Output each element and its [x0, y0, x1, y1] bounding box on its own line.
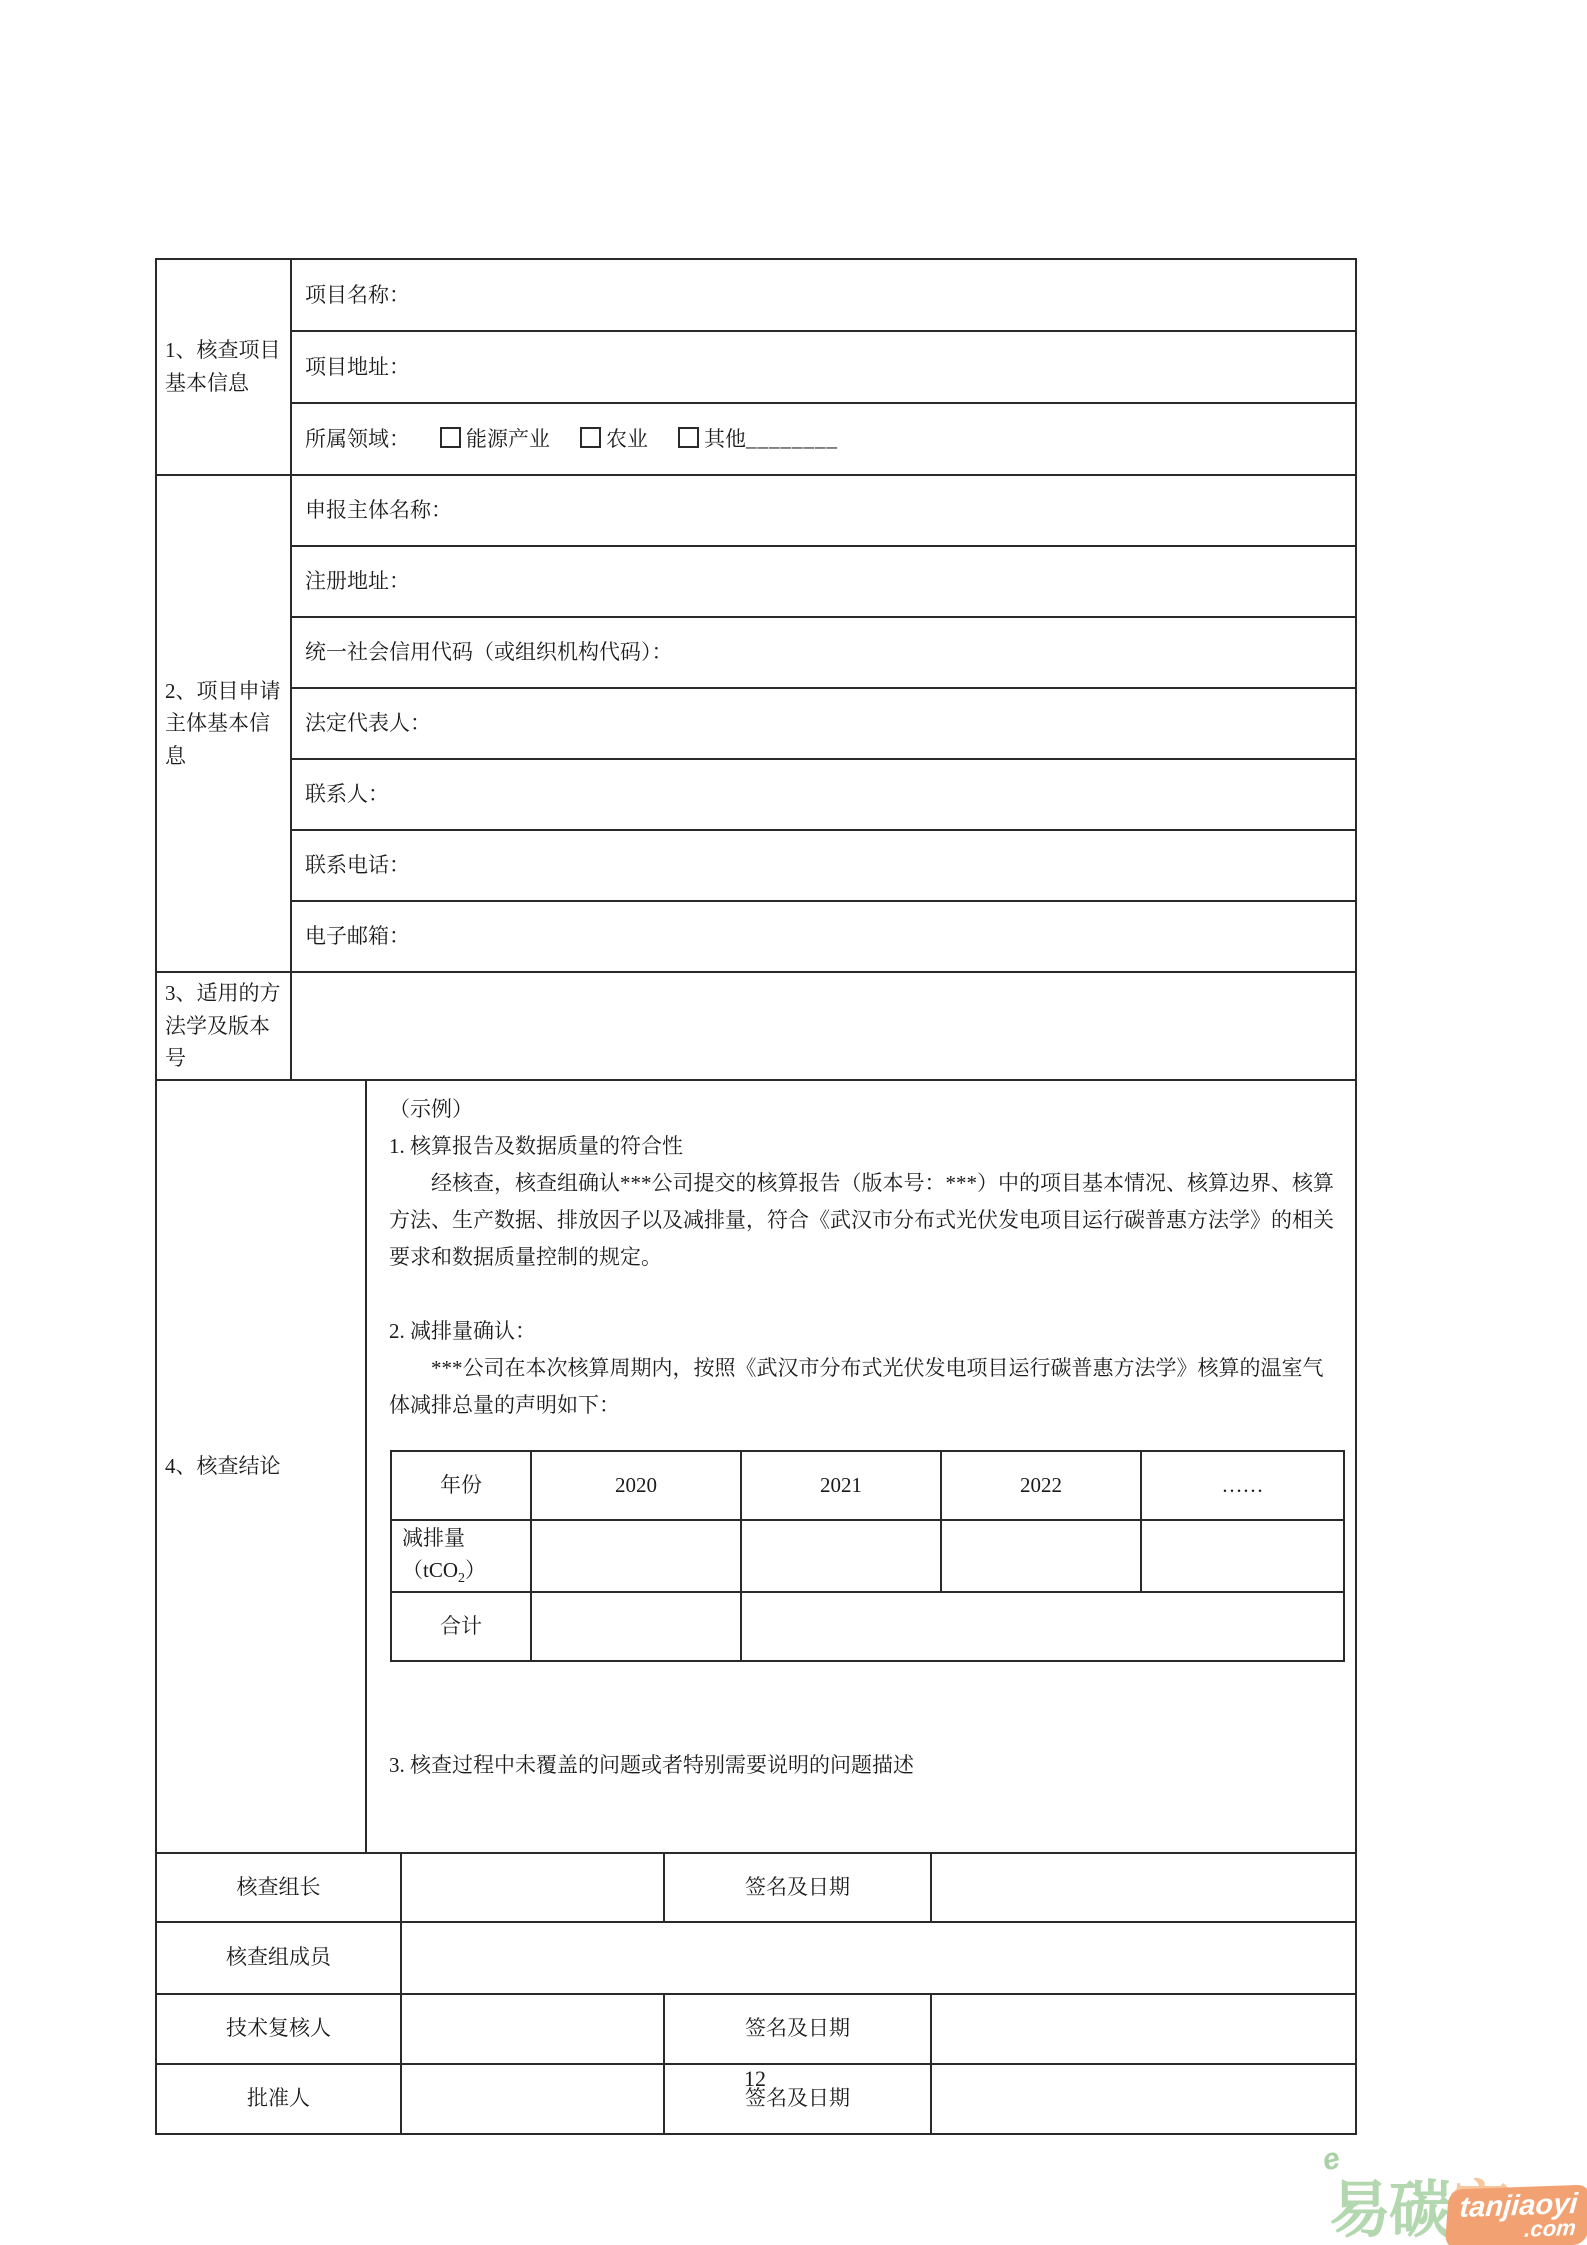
total-blank [531, 1592, 741, 1661]
domain-row-prefix: 所属领域： [305, 427, 410, 451]
team-leader-label: 核查组长 [156, 1853, 401, 1922]
reduction-2022-blank [941, 1520, 1141, 1592]
reduction-2020-blank [531, 1520, 741, 1592]
team-leader-name-blank [401, 1853, 664, 1922]
table-row: 2、项目申请主体基本信息 申报主体名称： [156, 475, 1356, 546]
verification-form: 1、核查项目基本信息 项目名称： 项目地址： 所属领域：能源产业农业其他____… [155, 258, 1355, 2135]
table-row: 电子邮箱： [156, 901, 1356, 972]
checkbox-unchecked-icon[interactable] [678, 427, 699, 448]
checkbox-unchecked-icon[interactable] [440, 427, 461, 448]
team-leader-sign-blank [931, 1853, 1356, 1922]
sign-date-label: 签名及日期 [664, 1994, 931, 2064]
field-email: 电子邮箱： [291, 901, 1356, 972]
field-methodology-value-blank [291, 972, 1356, 1080]
field-project-name: 项目名称： [291, 259, 1356, 331]
table-row: 统一社会信用代码（或组织机构代码）： [156, 617, 1356, 688]
option-agriculture: 农业 [580, 427, 648, 451]
team-members-label: 核查组成员 [156, 1922, 401, 1994]
field-legal-representative: 法定代表人： [291, 688, 1356, 759]
field-registered-address: 注册地址： [291, 546, 1356, 617]
other-blank-line: ________ [746, 427, 838, 451]
reduction-more-blank [1141, 1520, 1344, 1592]
reduction-label-text: ） [465, 1558, 486, 1582]
table-row: 所属领域：能源产业农业其他________ [156, 403, 1356, 475]
tech-reviewer-label: 技术复核人 [156, 1994, 401, 2064]
section2-label: 2、项目申请主体基本信息 [156, 475, 291, 972]
page-number: 12 [155, 2066, 1355, 2092]
watermark-char: 碳 [1389, 2176, 1449, 2245]
field-project-address: 项目地址： [291, 331, 1356, 403]
table-row: 法定代表人： [156, 688, 1356, 759]
table-row: 3、适用的方法学及版本号 [156, 972, 1356, 1080]
emissions-header-more: …… [1141, 1451, 1344, 1520]
item2-body: ***公司在本次核算周期内，按照《武汉市分布式光伏发电项目运行碳普惠方法学》核算… [389, 1350, 1337, 1424]
emissions-header-2020: 2020 [531, 1451, 741, 1520]
table-row: 联系人： [156, 759, 1356, 830]
field-domain-row: 所属领域：能源产业农业其他________ [291, 403, 1356, 475]
conclusion-content: （示例） 1. 核算报告及数据质量的符合性 经核查，核查组确认***公司提交的核… [366, 1080, 1356, 1853]
section1-label: 1、核查项目基本信息 [156, 259, 291, 475]
example-note: （示例） [389, 1091, 1337, 1128]
reduction-label-text: 减排量（tCO [402, 1526, 465, 1583]
total-merged-blank [741, 1592, 1344, 1661]
table-row: 4、核查结论 （示例） 1. 核算报告及数据质量的符合性 经核查，核查组确认**… [156, 1080, 1356, 1853]
option-energy-industry: 能源产业 [440, 427, 550, 451]
option-label: 农业 [606, 427, 648, 451]
table-row: 注册地址： [156, 546, 1356, 617]
form-table-top: 1、核查项目基本信息 项目名称： 项目地址： 所属领域：能源产业农业其他____… [155, 258, 1357, 1081]
field-credit-code: 统一社会信用代码（或组织机构代码）： [291, 617, 1356, 688]
emissions-header-2021: 2021 [741, 1451, 941, 1520]
option-other: 其他________ [678, 427, 838, 451]
checkbox-unchecked-icon[interactable] [580, 427, 601, 448]
table-row: 项目地址： [156, 331, 1356, 403]
emissions-header-year: 年份 [391, 1451, 531, 1520]
reduction-2021-blank [741, 1520, 941, 1592]
section3-label: 3、适用的方法学及版本号 [156, 972, 291, 1080]
option-label: 能源产业 [466, 427, 550, 451]
team-members-blank [401, 1922, 1356, 1994]
watermark-char: 易 [1329, 2176, 1389, 2245]
reduction-label-subscript: 2 [458, 1571, 465, 1586]
form-table-signoff: 核查组长 签名及日期 核查组成员 技术复核人 签名及日期 批准人 签名及日期 [155, 1852, 1357, 2135]
item1-body: 经核查，核查组确认***公司提交的核算报告（版本号：***）中的项目基本情况、核… [389, 1165, 1337, 1276]
table-row: 核查组长 签名及日期 [156, 1853, 1356, 1922]
item3-title: 3. 核查过程中未覆盖的问题或者特别需要说明的问题描述 [389, 1747, 1337, 1784]
reduction-row-label: 减排量（tCO2） [391, 1520, 531, 1592]
table-row: 1、核查项目基本信息 项目名称： [156, 259, 1356, 331]
table-row: 核查组成员 [156, 1922, 1356, 1994]
option-label: 其他 [704, 427, 746, 451]
watermark-domain-badge: tanjiaoyi .com [1445, 2185, 1587, 2245]
section4-label: 4、核查结论 [156, 1080, 366, 1853]
field-applicant-name: 申报主体名称： [291, 475, 1356, 546]
total-row-label: 合计 [391, 1592, 531, 1661]
item2-title: 2. 减排量确认： [389, 1313, 1337, 1350]
table-row: 减排量（tCO2） [391, 1520, 1344, 1592]
table-row: 年份 2020 2021 2022 …… [391, 1451, 1344, 1520]
tech-reviewer-name-blank [401, 1994, 664, 2064]
table-row: 合计 [391, 1592, 1344, 1661]
tech-reviewer-sign-blank [931, 1994, 1356, 2064]
item1-title: 1. 核算报告及数据质量的符合性 [389, 1128, 1337, 1165]
table-row: 技术复核人 签名及日期 [156, 1994, 1356, 2064]
emissions-header-2022: 2022 [941, 1451, 1141, 1520]
field-contact-phone: 联系电话： [291, 830, 1356, 901]
watermark-logo: e 易碳家 tanjiaoyi .com [1329, 2159, 1587, 2245]
field-contact-person: 联系人： [291, 759, 1356, 830]
table-row: 联系电话： [156, 830, 1356, 901]
emissions-table: 年份 2020 2021 2022 …… 减排量（tCO2） 合 [390, 1450, 1345, 1662]
sign-date-label: 签名及日期 [664, 1853, 931, 1922]
form-table-conclusion: 4、核查结论 （示例） 1. 核算报告及数据质量的符合性 经核查，核查组确认**… [155, 1079, 1357, 1854]
